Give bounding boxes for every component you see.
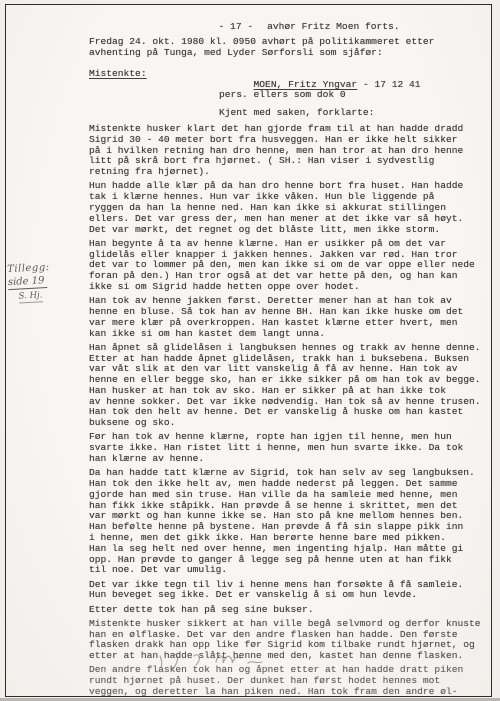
- statement-paragraph: Han tok av henne jakken først. Deretter …: [89, 296, 479, 339]
- statement-paragraph: Han åpnet så glidelåsen i langbuksen hen…: [89, 343, 479, 429]
- margin-note-initials: S. Hj.: [18, 289, 42, 303]
- handwritten-margin-note: Tillegg: side 19 S. Hj.: [7, 262, 51, 304]
- signature-scribble: [156, 650, 286, 675]
- document-page: - 17 -avhør Fritz Moen forts. Fredag 24.…: [5, 4, 492, 697]
- statement-paragraph: Hun hadde alle klær på da han dro henne …: [89, 181, 479, 235]
- statement-body: Mistenkte husker klart det han gjorde fr…: [89, 124, 479, 701]
- suspect-personalia: pers. ellers som dok 0: [219, 90, 346, 101]
- statement-paragraph: Mistenkte husker klart det han gjorde fr…: [89, 124, 479, 178]
- scan-background: - 17 -avhør Fritz Moen forts. Fredag 24.…: [0, 0, 500, 701]
- page-number: - 17 -: [219, 21, 254, 32]
- suspect-label: Mistenkte:: [89, 69, 147, 80]
- statement-paragraph: Før han tok av henne klærne, ropte han i…: [89, 432, 479, 464]
- interrogation-intro: Fredag 24. okt. 1980 kl. 0950 avhørt på …: [89, 37, 434, 59]
- statement-paragraph: Etter dette tok han på seg sine bukser.: [89, 605, 479, 616]
- suspect-birthdate: - 17 12 41: [357, 79, 420, 90]
- header-continuation-title: avhør Fritz Moen forts.: [267, 21, 399, 32]
- statement-paragraph: Han begynte å ta av henne klærne. Han er…: [89, 239, 479, 293]
- statement-lead: Kjent med saken, forklarte:: [219, 108, 374, 119]
- statement-paragraph: Det var ikke tegn til liv i henne mens h…: [89, 580, 479, 602]
- statement-paragraph: Da han hadde tatt klærne av Sigrid, tok …: [89, 468, 479, 576]
